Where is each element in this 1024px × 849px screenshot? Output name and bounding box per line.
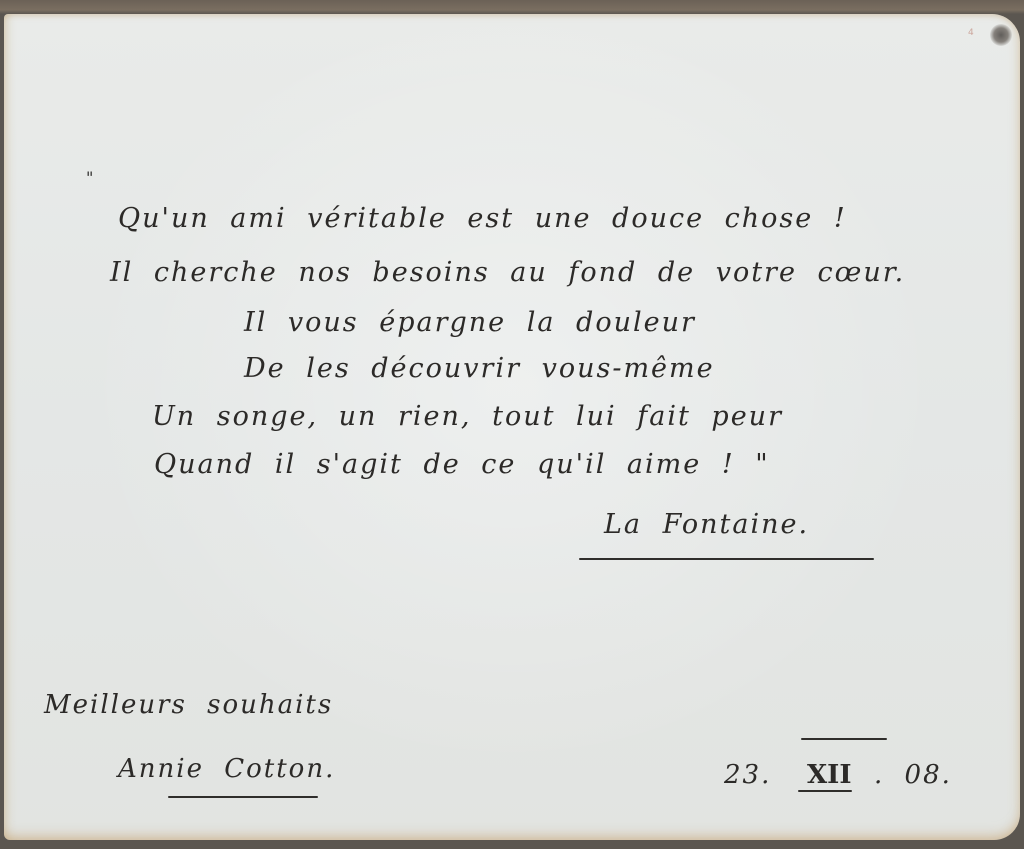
pencil-page-mark: 4	[968, 28, 976, 64]
date-month-underline	[798, 790, 852, 792]
greeting-text: Meilleurs souhaits	[44, 690, 333, 720]
date-month-roman: XII	[807, 760, 852, 790]
quote-line-5: Un songe, un rien, tout lui fait peur	[152, 402, 783, 432]
attribution-underline	[579, 558, 874, 560]
quote-line-1: Qu'un ami véritable est une douce chose …	[118, 204, 847, 234]
opening-quote-mark: "	[86, 168, 93, 187]
signature-underline	[168, 796, 318, 798]
date-year: . 08.	[874, 760, 952, 790]
paper-page: 4 " Qu'un ami véritable est une douce ch…	[4, 14, 1020, 840]
quote-line-2: Il cherche nos besoins au fond de votre …	[110, 258, 905, 288]
quote-line-3: Il vous épargne la douleur	[244, 308, 696, 338]
date-month-overline	[801, 738, 887, 740]
scanned-album-page: 4 " Qu'un ami véritable est une douce ch…	[0, 0, 1024, 849]
quote-line-4: De les découvrir vous-même	[244, 354, 715, 384]
date-day: 23.	[724, 760, 771, 790]
signature-name: Annie Cotton.	[118, 754, 335, 784]
quote-line-6: Quand il s'agit de ce qu'il aime ! "	[154, 450, 770, 480]
corner-stain	[990, 24, 1012, 46]
quote-attribution: La Fontaine.	[604, 510, 809, 540]
